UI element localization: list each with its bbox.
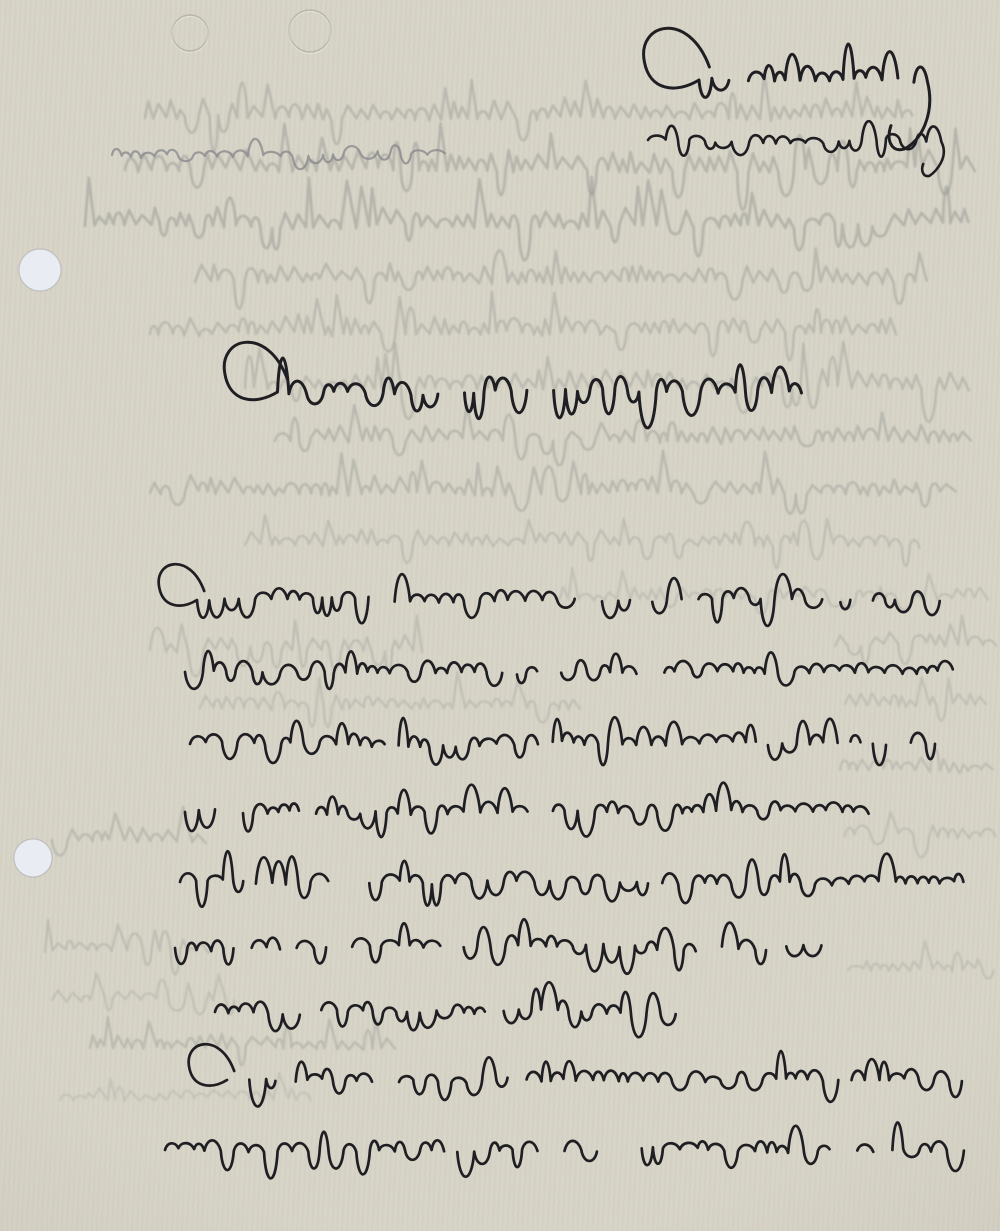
letter-artwork [0,0,1000,1231]
bleed-line [845,677,986,720]
body-line [175,919,838,974]
body-line [185,783,869,837]
body-line [165,1122,964,1178]
body-line [190,717,935,765]
bleed-line [848,941,994,978]
punch-hole-left-lower-icon [14,839,52,877]
bleed-line [125,123,975,209]
punch-ring-top-right-highlight-icon [289,12,331,54]
body-line [159,564,940,626]
punch-hole-left-upper-icon [19,249,61,291]
body-line [180,851,963,907]
letter-page: Frankfurt a. M. d. 21. Jan. 1917 W. Stei… [0,0,1000,1231]
bleed-line [150,451,956,514]
bleed-line [840,748,992,773]
bleed-line [275,405,971,465]
punch-ring-top-right-icon [289,10,331,52]
bleed-line [150,292,896,360]
bleed-line [245,515,919,568]
bleed-line [45,920,209,974]
punch-ring-top-left-icon [172,15,208,51]
bleed-line [52,973,234,1015]
bleed-line [195,248,927,308]
bleed-line [200,672,580,727]
bleed-line [835,616,996,664]
letterhead-place-line [644,28,930,149]
body-line [189,1044,962,1106]
bleed-line [845,812,995,857]
punch-ring-top-left-highlight-icon [172,17,208,53]
body-line [215,982,676,1037]
bleed-line [85,177,968,260]
bleed-line [90,1017,395,1065]
bleed-line [52,807,206,855]
